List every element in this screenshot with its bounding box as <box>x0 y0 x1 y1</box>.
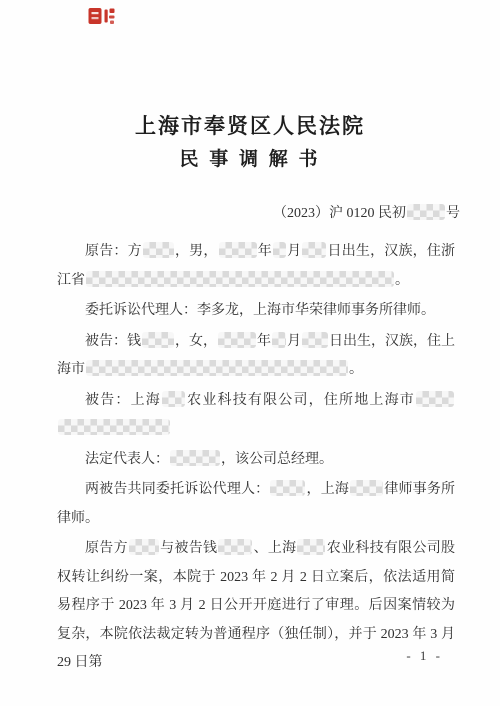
redaction-mosaic <box>416 391 454 407</box>
text-run: 月 <box>287 244 301 259</box>
redaction-mosaic <box>58 419 170 435</box>
redaction-mosaic <box>297 539 325 555</box>
text-run: 原告方 <box>85 541 128 556</box>
redaction-mosaic <box>273 242 286 258</box>
court-name-title: 上海市奉贤区人民法院 <box>0 0 500 140</box>
text-run: 。 <box>395 273 409 288</box>
redaction-mosaic <box>129 539 159 555</box>
page-number: - 1 - <box>406 648 443 664</box>
text-run: 委托诉讼代理人：李多龙，上海市华荣律师事务所律师。 <box>85 303 435 318</box>
redaction-mosaic <box>86 360 348 376</box>
redaction-mosaic <box>350 480 383 496</box>
text-run: 原告：方 <box>85 244 142 259</box>
text-run: 、上海 <box>253 541 296 556</box>
text-run: 年 <box>258 244 272 259</box>
redaction-mosaic <box>407 204 445 220</box>
text-run: 被告：上海 <box>85 393 161 408</box>
redaction-mosaic <box>302 242 326 258</box>
text-run: 农业科技有限公司，住所地上海市 <box>186 393 415 408</box>
redaction-mosaic <box>218 332 256 348</box>
red-seal-mark <box>88 6 115 27</box>
paragraph: 法定代表人：，该公司总经理。 <box>57 446 455 475</box>
text-run: （2023）沪 0120 民初 <box>273 206 406 221</box>
paragraph: 委托诉讼代理人：李多龙，上海市华荣律师事务所律师。 <box>57 297 455 326</box>
text-run: 法定代表人： <box>85 452 169 467</box>
redaction-mosaic <box>219 242 257 258</box>
text-run: 。 <box>349 362 363 377</box>
text-run: 号 <box>446 206 460 221</box>
text-run: 年 <box>257 334 271 349</box>
paragraph: 两被告共同委托诉讼代理人：，上海律师事务所律师。 <box>57 476 455 533</box>
redaction-mosaic <box>270 480 305 496</box>
paragraph: 被告：上海农业科技有限公司，住所地上海市 <box>57 387 455 444</box>
document-body: 原告：方，男，年月日出生，汉族，住浙江省。委托诉讼代理人：李多龙，上海市华荣律师… <box>0 238 500 678</box>
text-run: ，女， <box>175 334 217 349</box>
redaction-mosaic <box>170 450 220 466</box>
case-number: （2023）沪 0120 民初号 <box>0 200 500 228</box>
paragraph: 原告：方，男，年月日出生，汉族，住浙江省。 <box>57 238 455 295</box>
text-run: 农业科技有限公司股权转让纠纷一案，本院于 2023 年 2 月 2 日立案后，依… <box>57 541 455 670</box>
redaction-mosaic <box>218 539 252 555</box>
redaction-mosaic <box>142 332 174 348</box>
document-type-title: 民 事 调 解 书 <box>0 146 500 174</box>
paragraph: 原告方与被告钱、上海农业科技有限公司股权转让纠纷一案，本院于 2023 年 2 … <box>57 535 455 678</box>
text-run: 被告：钱 <box>85 334 141 349</box>
document-page: 上海市奉贤区人民法院 民 事 调 解 书 （2023）沪 0120 民初号 原告… <box>0 0 500 706</box>
redaction-mosaic <box>86 271 394 287</box>
paragraph: 被告：钱，女，年月日出生，汉族，住上海市。 <box>57 328 455 385</box>
redaction-mosaic <box>162 391 185 407</box>
text-run: ，该公司总经理。 <box>221 452 333 467</box>
text-run: 两被告共同委托诉讼代理人： <box>85 482 269 497</box>
redaction-mosaic <box>302 332 328 348</box>
text-run: 与被告钱 <box>160 541 217 556</box>
text-run: ，男， <box>175 244 218 259</box>
text-run: 月 <box>287 334 301 349</box>
text-run: ，上海 <box>306 482 349 497</box>
redaction-mosaic <box>272 332 286 348</box>
redaction-mosaic <box>143 242 174 258</box>
